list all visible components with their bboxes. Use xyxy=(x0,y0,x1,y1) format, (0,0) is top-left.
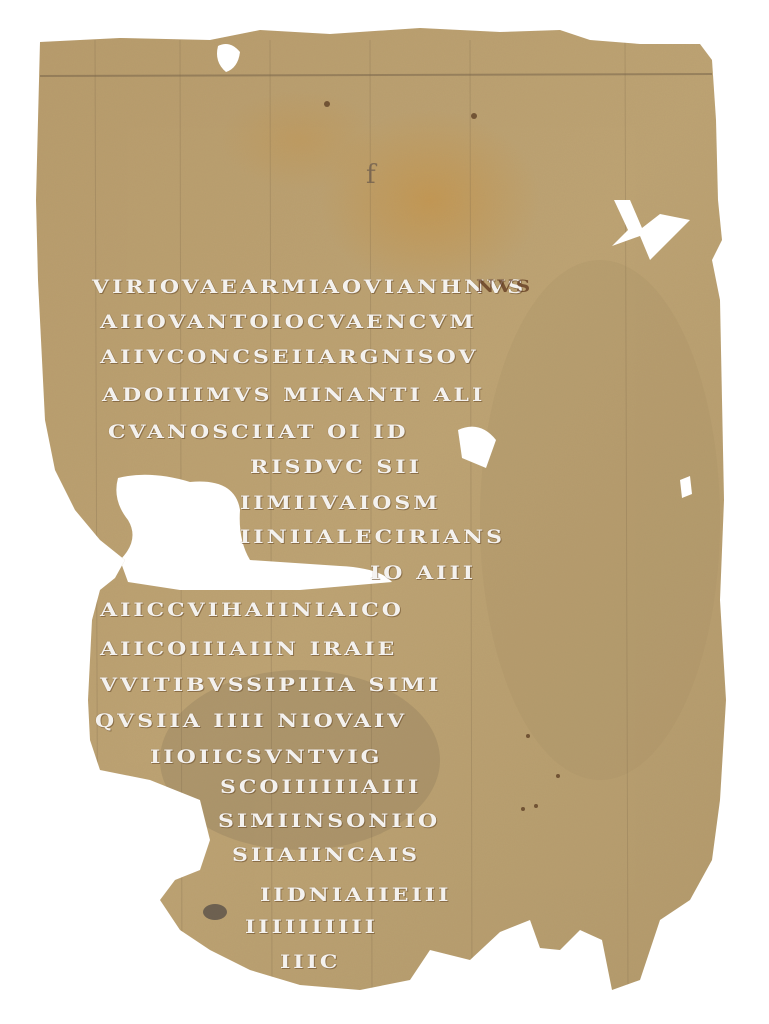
manuscript-photo: f VIRIOVAEARMIAOVIANHNVS AIIOVANTOIOCVAE… xyxy=(0,0,769,1024)
top-mark: f xyxy=(366,160,376,190)
parchment-fragment xyxy=(0,0,769,1024)
